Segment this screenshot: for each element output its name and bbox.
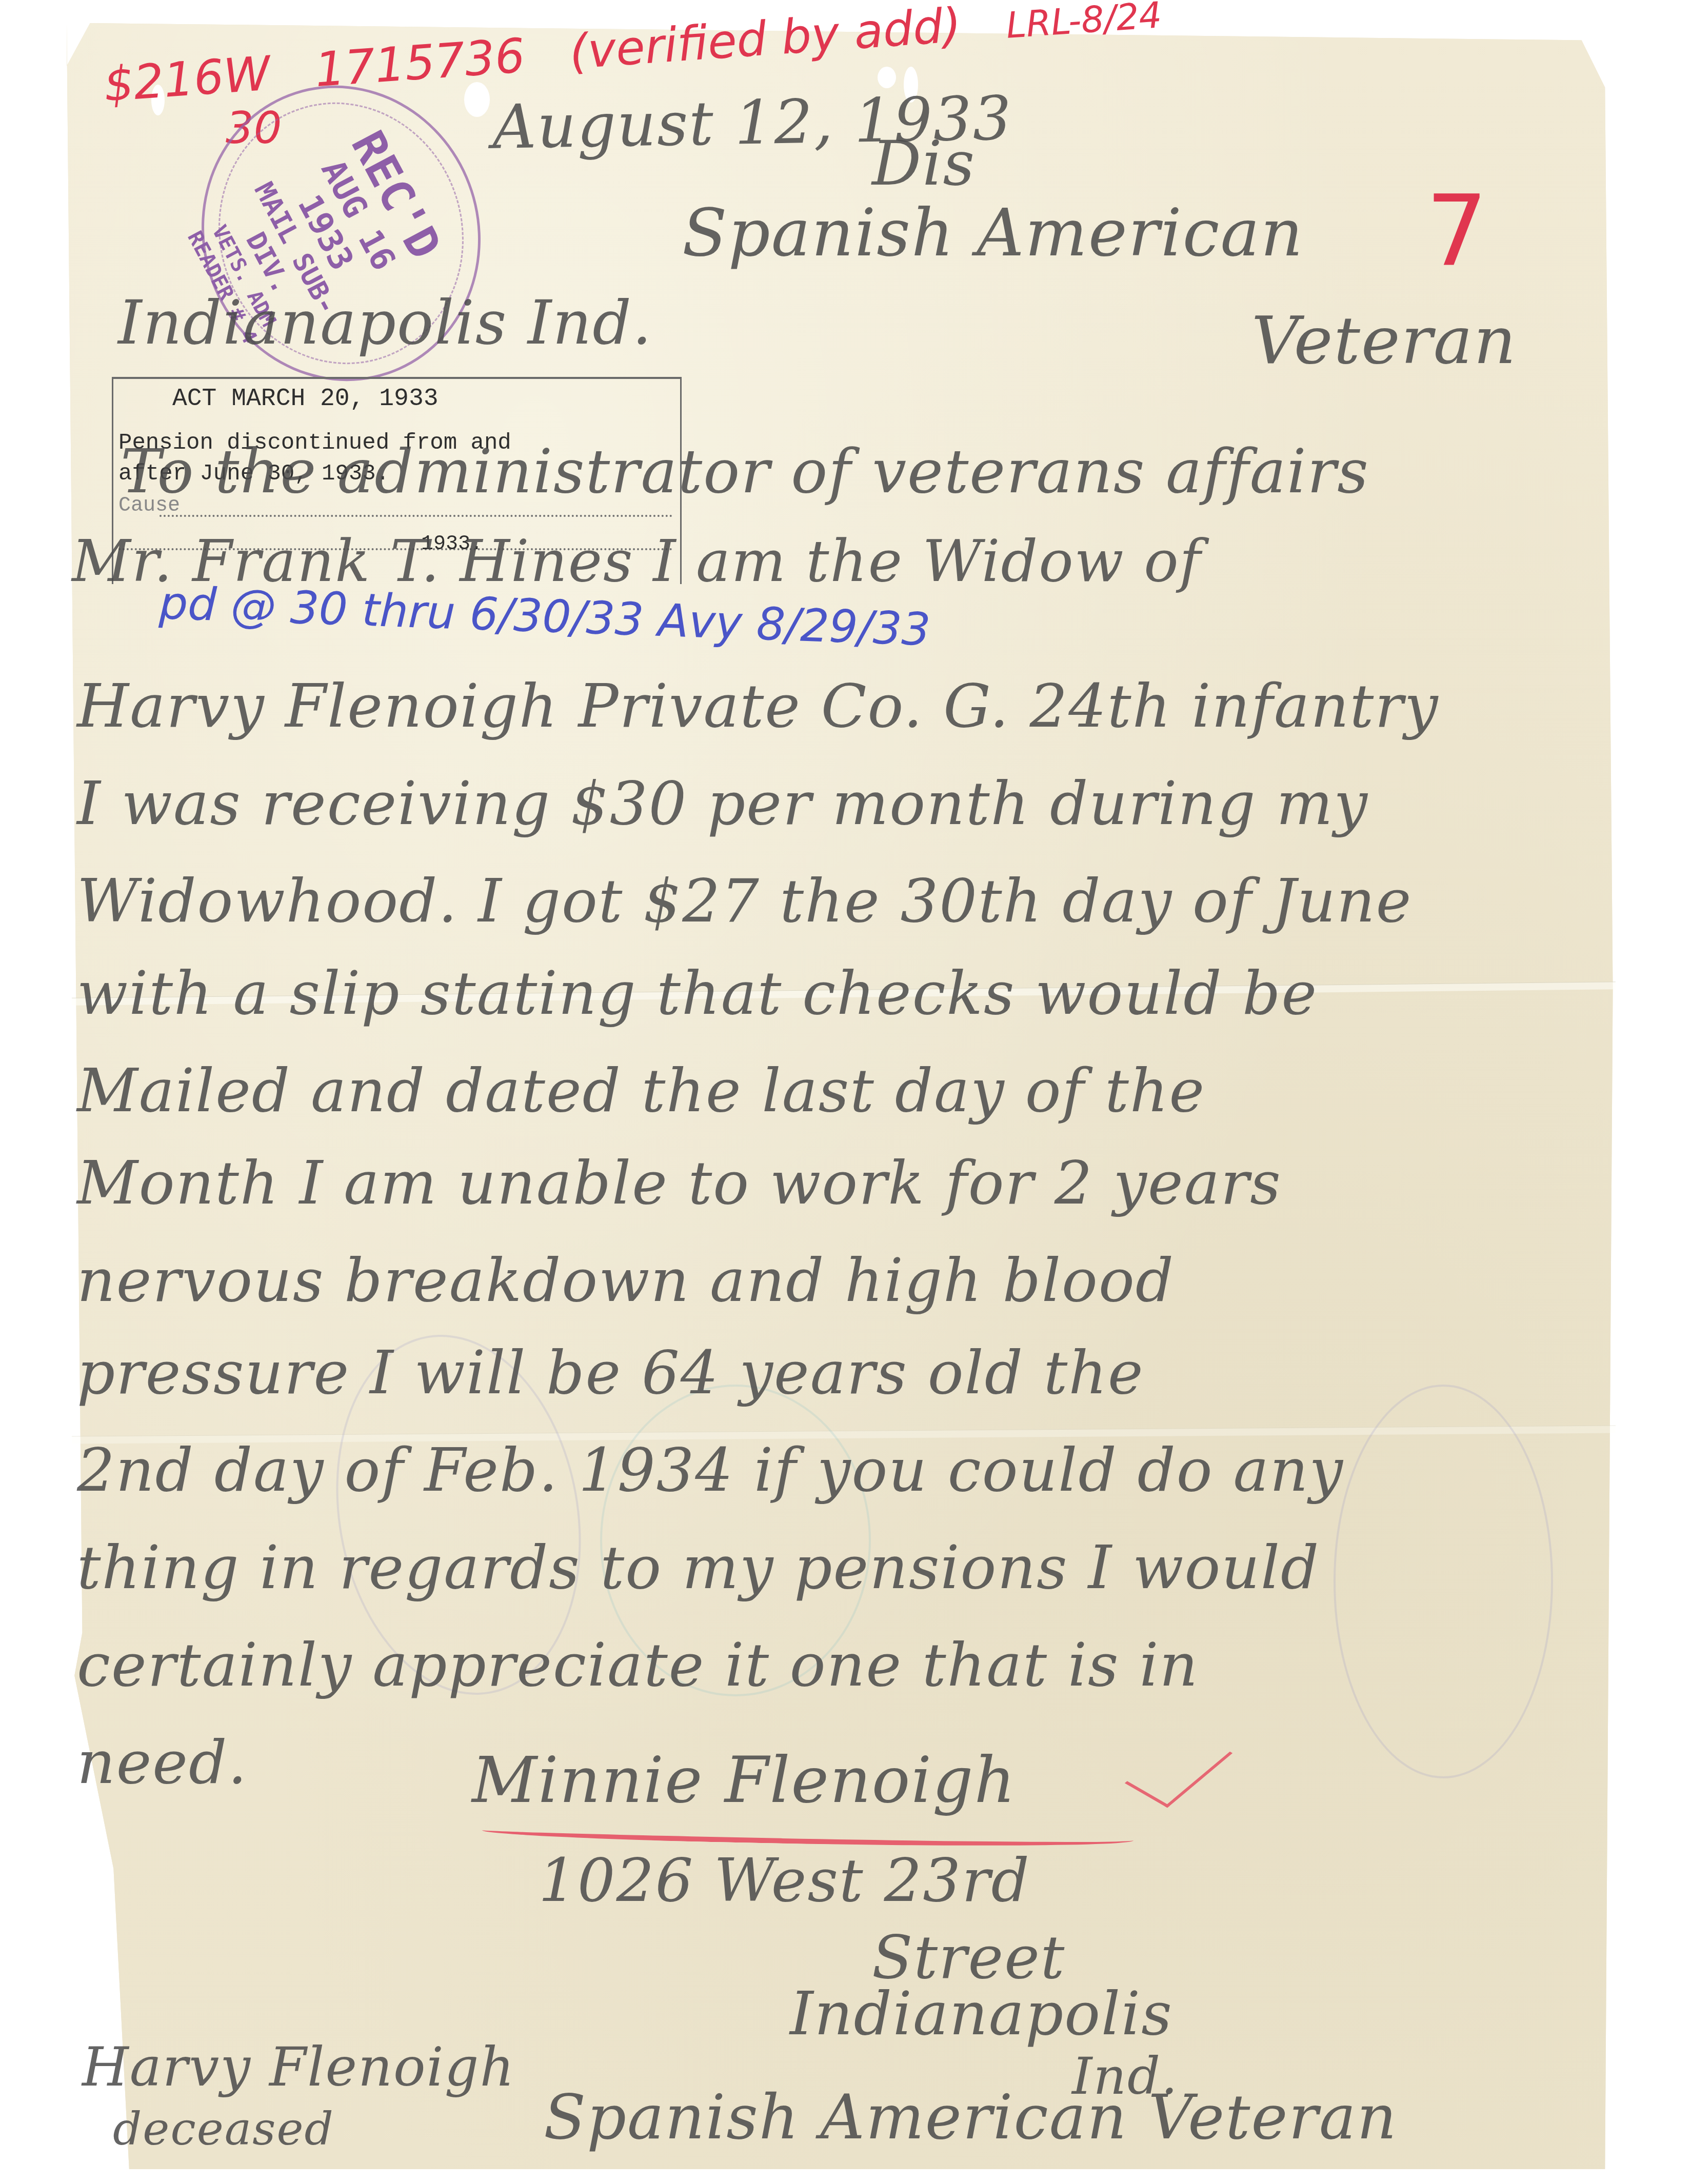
letter-line: thing in regards to my pensions I would <box>77 1533 1320 1602</box>
address-street: 1026 West 23rd <box>539 1846 1030 1915</box>
cause-dotted-line <box>160 515 672 517</box>
footer-service: Spanish American Veteran <box>544 2082 1398 2153</box>
heading-spanish-american: Spanish American <box>682 195 1304 271</box>
red-initials-date: LRL-8/24 <box>1005 0 1163 47</box>
faint-stamp <box>1334 1385 1553 1778</box>
letter-line: with a slip stating that checks would be <box>77 959 1318 1028</box>
heading-veteran: Veteran <box>1251 303 1517 379</box>
address-city: Indianapolis <box>790 1979 1173 2049</box>
typed-act: ACT MARCH 20, 1933 <box>172 385 438 413</box>
letter-line: need. <box>77 1728 248 1797</box>
signature: Minnie Flenoigh <box>472 1744 1016 1817</box>
letter-line: I was receiving $30 per month during my <box>77 769 1368 838</box>
letter-line: Harvy Flenoigh Private Co. G. 24th infan… <box>77 672 1439 741</box>
letter-line: nervous breakdown and high blood <box>77 1246 1175 1315</box>
letter-line: Mailed and dated the last day of the <box>77 1056 1205 1126</box>
red-mark-right: 7 <box>1426 174 1488 288</box>
punch-hole <box>464 82 490 117</box>
pencil-initials: Dis <box>872 128 976 199</box>
letter-city: Indianapolis Ind. <box>118 287 652 358</box>
footer-name: Harvy Flenoigh <box>82 2036 515 2098</box>
letter-line: Month I am unable to work for 2 years <box>77 1149 1282 1218</box>
footer-status: deceased <box>113 2102 334 2155</box>
letter-line: pressure I will be 64 years old the <box>77 1338 1144 1408</box>
letter-line: certainly appreciate it one that is in <box>77 1631 1199 1700</box>
letter-line: 2nd day of Feb. 1934 if you could do any <box>77 1436 1344 1505</box>
letter-line: Widowhood. I got $27 the 30th day of Jun… <box>77 867 1412 936</box>
salutation: To the administrator of veterans affairs <box>121 436 1369 507</box>
